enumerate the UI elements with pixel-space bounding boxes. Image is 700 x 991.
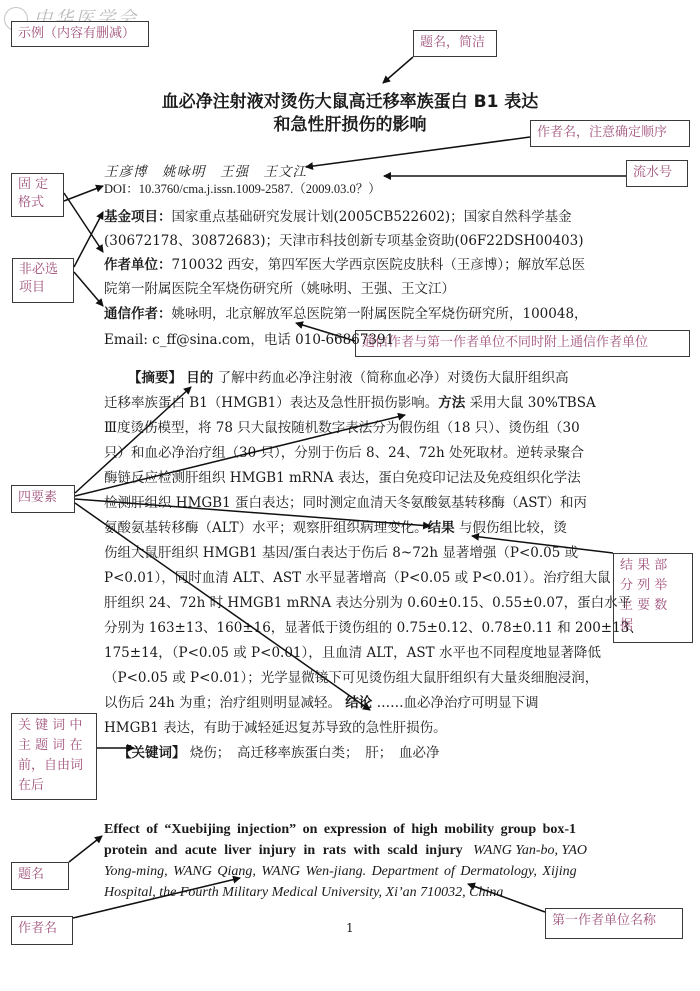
en-title-text: protein and acute liver injury in rats w… — [104, 843, 463, 858]
results-label: 结果 — [428, 520, 455, 536]
abstract-text: 迁移率族蛋白 B1（HMGB1）表达及急性肝损伤影响。 — [104, 395, 438, 411]
annotation-keywords: 关 键 词 中 主 题 词 在 前，自由词 在后 — [11, 713, 97, 800]
correspondence-line-2: Email: c_ff@sina.com，电话 010-66867391 — [104, 328, 394, 348]
abstract-line-3: Ⅲ度烫伤模型，将 78 只大鼠按随机数字表法分为假伤组（18 只）、烫伤组（30 — [104, 416, 580, 436]
abstract-line-2: 迁移率族蛋白 B1（HMGB1）表达及急性肝损伤影响。方法 采用大鼠 30%TB… — [104, 391, 596, 411]
abstract-label: 【摘要】 — [128, 370, 182, 386]
abstract-line-14: 以伤后 24h 为重；治疗组则明显减轻。 结论 ……血必净治疗可明显下调 — [104, 691, 539, 711]
annotation-example: 示例（内容有删减） — [11, 21, 149, 47]
en-title-line-1: Effect of “Xuebijing injection” on expre… — [104, 822, 576, 838]
keywords-label: 【关键词】 — [118, 745, 186, 761]
annotation-corresponding: 通信作者与第一作者单位不同时附上通信作者单位 — [355, 330, 690, 357]
en-affiliation-line: Hospital, the Fourth Military Medical Un… — [104, 885, 503, 901]
annotation-fixed-format: 固 定 格式 — [11, 173, 64, 217]
en-authors-line: Yong-ming, WANG Qiang, WANG Wen-jiang. D… — [104, 864, 577, 880]
keywords-text: 烧伤； 高迁移率族蛋白类； 肝； 血必净 — [190, 745, 440, 761]
methods-label: 方法 — [438, 395, 465, 411]
abstract-line-9: P<0.01），同时血清 ALT、AST 水平显著增高（P<0.05 或 P<0… — [104, 566, 611, 586]
abstract-line-6: 检测肝组织 HMGB1 蛋白表达；同时测定血清天冬氨酸氨基转移酶（AST）和丙 — [104, 491, 587, 511]
doi-line: DOI：10.3760/cma.j.issn.1009-2587.（2009.0… — [104, 179, 381, 197]
abstract-line-10: 肝组织 24、72h 时 HMGB1 mRNA 表达分别为 0.60±0.15、… — [104, 591, 631, 611]
arrow-title — [383, 57, 413, 83]
abstract-text: ……血必净治疗可明显下调 — [377, 695, 539, 711]
abstract-line-11: 分别为 163±13、160±16，显著低于烫伤组的 0.75±0.12、0.7… — [104, 616, 643, 636]
abstract-text: 采用大鼠 30%TBSA — [470, 395, 596, 411]
abstract-line-4: 只）和血必净治疗组（30 只），分别于伤后 8、24、72h 处死取材。逆转录聚… — [104, 441, 584, 461]
correspondence-line-1: 通信作者：姚咏明，北京解放军总医院第一附属医院全军烧伤研究所，100048， — [104, 302, 588, 322]
annotation-four-elements: 四要素 — [11, 485, 75, 513]
abstract-line-1: 【摘要】 目的 了解中药血必净注射液（简称血必净）对烫伤大鼠肝组织高 — [128, 366, 569, 386]
abstract-line-8: 伤组大鼠肝组织 HMGB1 基因/蛋白表达于伤后 8~72h 显著增强（P<0.… — [104, 541, 578, 561]
abstract-line-13: （P<0.05 或 P<0.01）；光学显微镜下可见烫伤组大鼠肝组织有大量炎细胞… — [104, 666, 598, 686]
abstract-line-12: 175±14，（P<0.05 或 P<0.01），且血清 ALT，AST 水平也… — [104, 641, 601, 661]
paper-title-line2: 和急性肝损伤的影响 — [0, 110, 700, 135]
arrow-affiliation — [64, 193, 103, 252]
abstract-line-15: HMGB1 表达，有助于减轻延迟复苏导致的急性肝损伤。 — [104, 716, 447, 736]
affiliation-line-1: 作者单位：710032 西安，第四军医大学西京医院皮肤科（王彦博）；解放军总医 — [104, 253, 585, 273]
fund-line-2: (30672178、30872683)；天津市科技创新专项基金资助(06F22D… — [104, 229, 584, 249]
affiliation-text: 710032 西安，第四军医大学西京医院皮肤科（王彦博）；解放军总医 — [172, 257, 586, 273]
arrow-authors — [306, 137, 530, 167]
annotation-title: 题名，简洁 — [413, 30, 497, 57]
correspondence-text: 姚咏明，北京解放军总医院第一附属医院全军烧伤研究所，100048， — [172, 306, 588, 322]
annotation-en-title: 题名 — [11, 862, 69, 890]
keywords-line: 【关键词】 烧伤； 高迁移率族蛋白类； 肝； 血必净 — [118, 741, 440, 761]
en-title-line-2: protein and acute liver injury in rats w… — [104, 843, 587, 859]
arrow-fund — [74, 212, 103, 267]
annotation-en-affiliation: 第一作者单位名称 — [545, 908, 683, 939]
en-authors-text: WANG Yan-bo, YAO — [473, 843, 587, 858]
arrow-doi — [64, 186, 103, 201]
objective-label: 目的 — [186, 370, 213, 386]
abstract-line-7: 氨酸氨基转移酶（ALT）水平；观察肝组织病理变化。结果 与假伤组比较，烫 — [104, 516, 567, 536]
abstract-text: 了解中药血必净注射液（简称血必净）对烫伤大鼠肝组织高 — [218, 370, 569, 386]
annotation-optional: 非必选 项目 — [12, 258, 74, 303]
arrow-en-title — [69, 836, 102, 862]
author-list: 王彦博 姚咏明 王强 王文江 — [104, 160, 307, 180]
affiliation-line-2: 院第一附属医院全军烧伤研究所（姚咏明、王强、王文江） — [104, 277, 455, 297]
abstract-text: 与假伤组比较，烫 — [459, 520, 567, 536]
conclusion-label: 结论 — [345, 695, 372, 711]
page-number: 1 — [346, 921, 354, 935]
affiliation-label: 作者单位： — [104, 257, 172, 273]
fund-label: 基金项目： — [104, 209, 172, 225]
paper-title-line1: 血必净注射液对烫伤大鼠高迁移率族蛋白 B1 表达 — [0, 87, 700, 112]
correspondence-label: 通信作者： — [104, 306, 172, 322]
fund-text: 国家重点基础研究发展计划(2005CB522602)；国家自然科学基金 — [172, 209, 572, 225]
abstract-text: 以伤后 24h 为重；治疗组则明显减轻。 — [104, 695, 341, 711]
fund-line-1: 基金项目：国家重点基础研究发展计划(2005CB522602)；国家自然科学基金 — [104, 205, 572, 225]
abstract-text: 氨酸氨基转移酶（ALT）水平；观察肝组织病理变化。 — [104, 520, 428, 536]
annotation-serial: 流水号 — [626, 160, 688, 187]
annotation-en-author: 作者名 — [11, 916, 73, 945]
arrow-correspondence — [74, 272, 103, 306]
abstract-line-5: 酶链反应检测肝组织 HMGB1 mRNA 表达，蛋白免疫印记法及免疫组织化学法 — [104, 466, 581, 486]
